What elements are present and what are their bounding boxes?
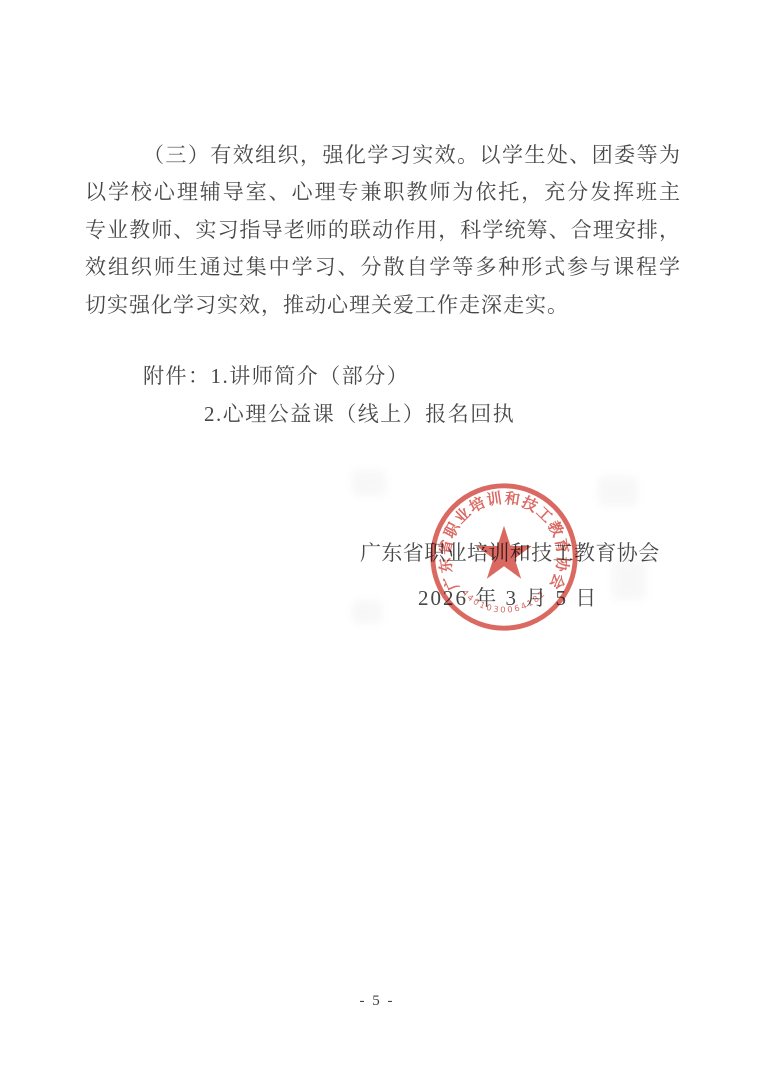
body-paragraph: （三）有效组织，强化学习实效。以学生处、团委等为核心， 以学校心理辅导室、心理专…: [85, 137, 681, 324]
body-line: 效组织师生通过集中学习、分散自学等多种形式参与课程学习，: [85, 249, 681, 286]
body-line: 以学校心理辅导室、心理专兼职教师为依托，充分发挥班主任、: [85, 174, 681, 211]
signature-date: 2026 年 3 月 5 日: [418, 582, 598, 612]
attachment-item-1: 附件：1.讲师简介（部分）: [143, 357, 515, 395]
document-page: （三）有效组织，强化学习实效。以学生处、团委等为核心， 以学校心理辅导室、心理专…: [0, 0, 764, 1080]
body-line: 切实强化学习实效，推动心理关爱工作走深走实。: [85, 287, 681, 324]
scan-smudge: [352, 470, 386, 496]
page-number: - 5 -: [297, 993, 457, 1010]
scan-smudge: [598, 476, 638, 506]
body-line: （三）有效组织，强化学习实效。以学生处、团委等为核心，: [85, 137, 681, 174]
body-line: 专业教师、实习指导老师的联动作用，科学统筹、合理安排，有: [85, 212, 681, 249]
attachments-list: 附件：1.讲师简介（部分） 2.心理公益课（线上）报名回执: [143, 357, 515, 433]
signature-organization: 广东省职业培训和技工教育协会: [360, 537, 660, 567]
attachment-item-2: 2.心理公益课（线上）报名回执: [143, 395, 515, 433]
scan-smudge: [352, 600, 382, 624]
